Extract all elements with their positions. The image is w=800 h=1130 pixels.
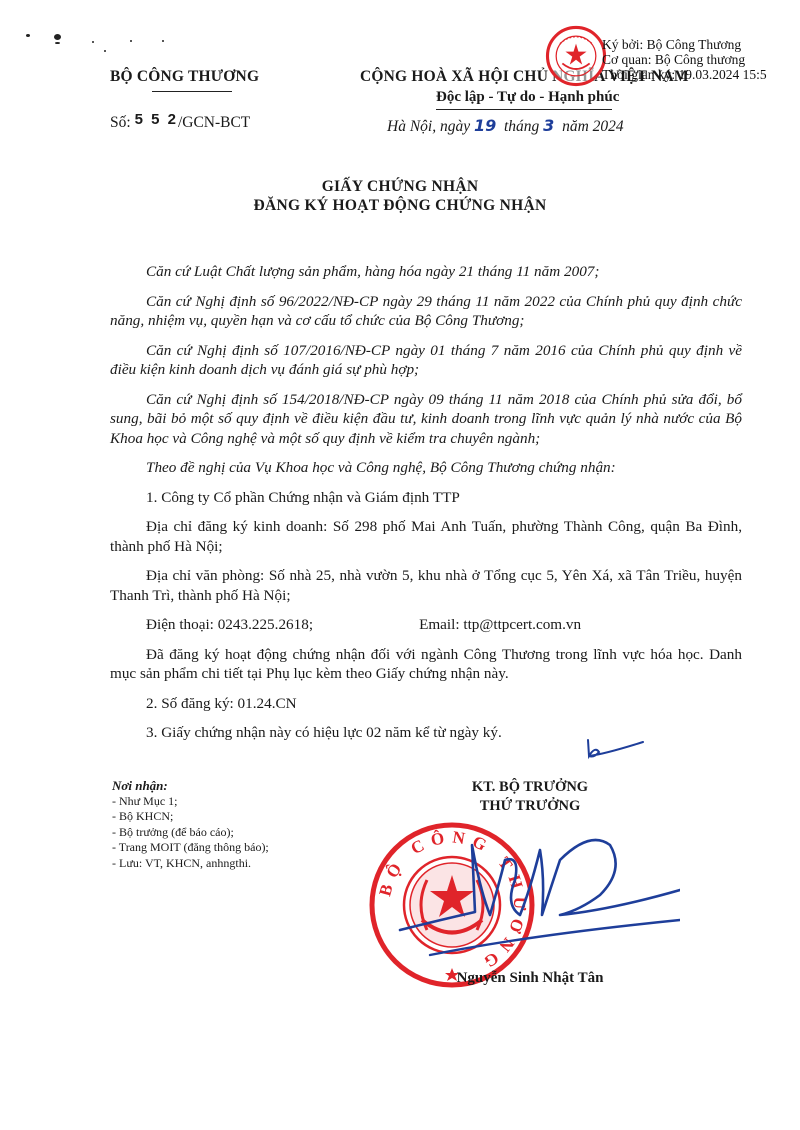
esign-time: Thời gian ký: 19.03.2024 15:5 [602,67,767,82]
registration-scope: Đã đăng ký hoạt động chứng nhận đối với … [110,645,742,684]
document-title: GIẤY CHỨNG NHẬN [0,178,800,196]
recipient-item: - Như Mục 1; [112,794,269,810]
phone: Điện thoại: 0243.225.2618; [110,615,313,635]
signer-name: Nguyễn Sinh Nhật Tân [400,970,660,987]
registration-number: 2. Số đăng ký: 01.24.CN [110,694,742,714]
recipient-item: - Trang MOIT (đăng thông báo); [112,840,269,856]
doc-number-label: Số: [110,114,131,131]
email: Email: ttp@ttpcert.com.vn [383,615,581,635]
place-prefix: Hà Nội, ngày [387,118,470,135]
document-subtitle: ĐĂNG KÝ HOẠT ĐỘNG CHỨNG NHẬN [0,197,800,215]
recipient-item: - Lưu: VT, KHCN, anhngthi. [112,856,269,872]
date-day: 19 [474,116,496,135]
signer-title-line2: THỨ TRƯỞNG [430,797,630,816]
signer-title: KT. BỘ TRƯỞNG THỨ TRƯỞNG [430,778,630,816]
scan-specks [22,30,172,60]
esign-signed-by: Ký bởi: Bộ Công Thương [602,37,767,52]
handwritten-signature-icon [380,820,680,990]
business-address: Địa chỉ đăng ký kinh doanh: Số 298 phố M… [110,517,742,556]
digital-seal-icon [545,25,607,87]
legal-basis-3: Căn cứ Nghị định số 107/2016/NĐ-CP ngày … [110,341,742,380]
motto-underline [436,109,612,110]
month-label: tháng [504,118,539,135]
legal-basis-1: Căn cứ Luật Chất lượng sản phẩm, hàng hó… [110,262,742,282]
legal-basis-4: Căn cứ Nghị định số 154/2018/NĐ-CP ngày … [110,390,742,449]
doc-number-suffix: /GCN-BCT [178,114,250,131]
agency-underline [152,91,232,92]
proposal-statement: Theo đề nghị của Vụ Khoa học và Công ngh… [110,458,742,478]
national-motto: Độc lập - Tự do - Hạnh phúc [436,89,619,106]
doc-number-value: 5 5 2 [135,111,178,128]
place-and-date: Hà Nội, ngày 19 tháng 3 năm 2024 [387,116,624,136]
signer-title-line1: KT. BỘ TRƯỞNG [430,778,630,797]
date-year: năm 2024 [562,118,624,135]
handwritten-initial-icon [585,736,645,762]
contact-line: Điện thoại: 0243.225.2618; Email: ttp@tt… [110,615,742,635]
esign-organization: Cơ quan: Bộ Công thương [602,52,767,67]
document-number: Số: 5 5 2/GCN-BCT [110,114,250,132]
recipients-list: Nơi nhận: - Như Mục 1; - Bộ KHCN; - Bộ t… [112,778,269,871]
electronic-signature-info: Ký bởi: Bộ Công Thương Cơ quan: Bộ Công … [602,37,767,82]
issuing-agency: BỘ CÔNG THƯƠNG [110,68,259,86]
legal-basis-2: Căn cứ Nghị định số 96/2022/NĐ-CP ngày 2… [110,292,742,331]
recipient-item: - Bộ KHCN; [112,809,269,825]
validity-statement: 3. Giấy chứng nhận này có hiệu lực 02 nă… [110,723,742,743]
office-address: Địa chỉ văn phòng: Số nhà 25, nhà vườn 5… [110,566,742,605]
date-month: 3 [543,116,554,135]
recipient-item: - Bộ trưởng (để báo cáo); [112,825,269,841]
certified-company: 1. Công ty Cổ phần Chứng nhận và Giám đị… [110,488,742,508]
document-body: Căn cứ Luật Chất lượng sản phẩm, hàng hó… [110,262,742,753]
recipients-heading: Nơi nhận: [112,778,269,794]
